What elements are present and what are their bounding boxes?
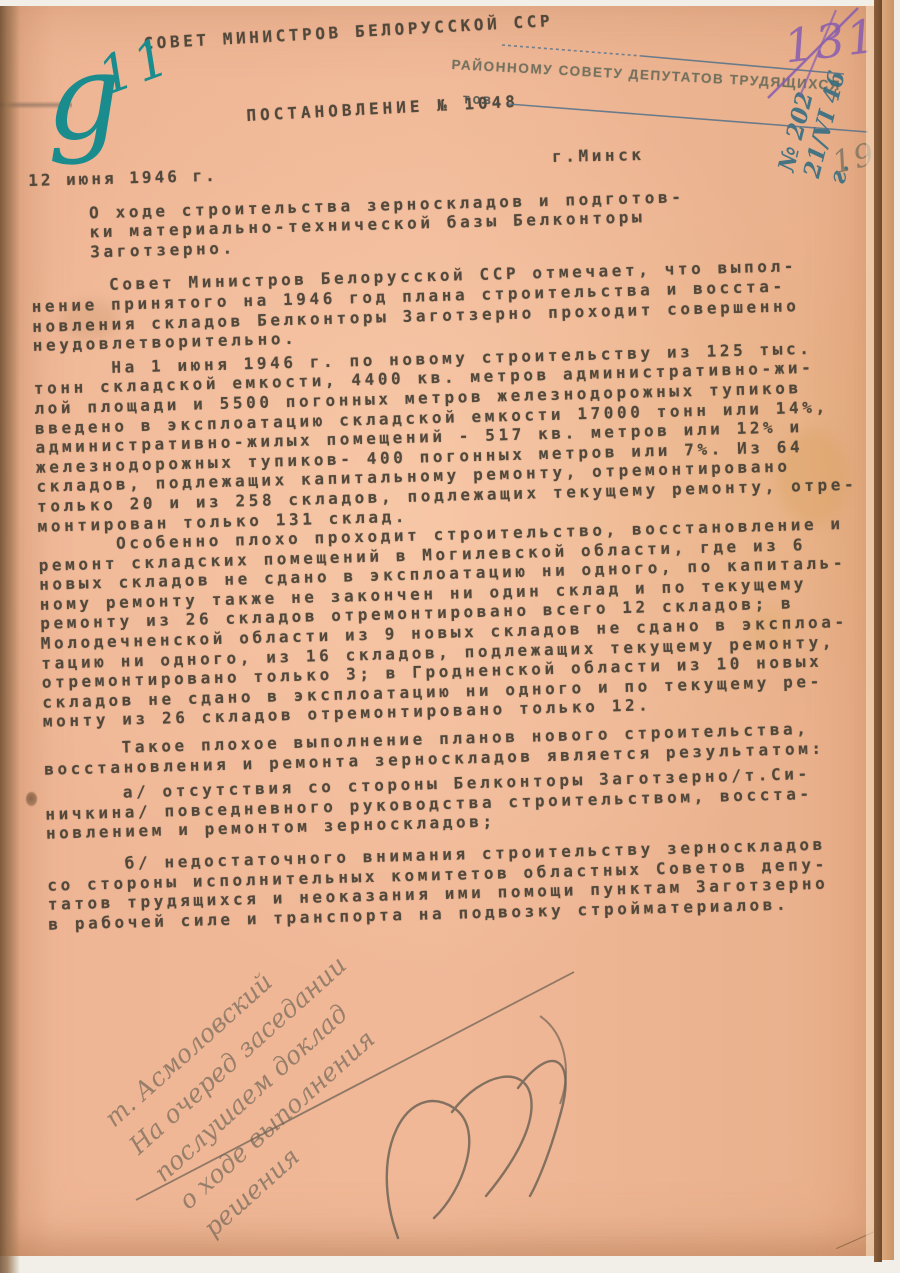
green-ink-registry-mark: g11 — [41, 40, 200, 154]
stamp-tov-label: тов. — [462, 91, 504, 109]
left-page-edge — [0, 0, 20, 1273]
document-title: О ходе строительства зерноскладов и подг… — [89, 182, 875, 262]
right-page-edge — [874, 0, 882, 1262]
underlying-page-edge — [882, 0, 894, 1260]
typed-body: 12 июня 1946 г. О ходе строительства зер… — [28, 148, 893, 934]
paragraph-statistics: На 1 июня 1946 г. по новому строительств… — [33, 337, 882, 536]
paragraph-regions: Особенно плохо проходит строительство, в… — [38, 513, 888, 732]
scanned-document-page: СОВЕТ МИНИСТРОВ БЕЛОРУССКОЙ ССР ПОСТАНОВ… — [0, 0, 900, 1273]
paper-hole — [26, 792, 37, 806]
right-edge-highlight — [866, 4, 874, 1256]
scanner-top-strip — [0, 0, 900, 6]
